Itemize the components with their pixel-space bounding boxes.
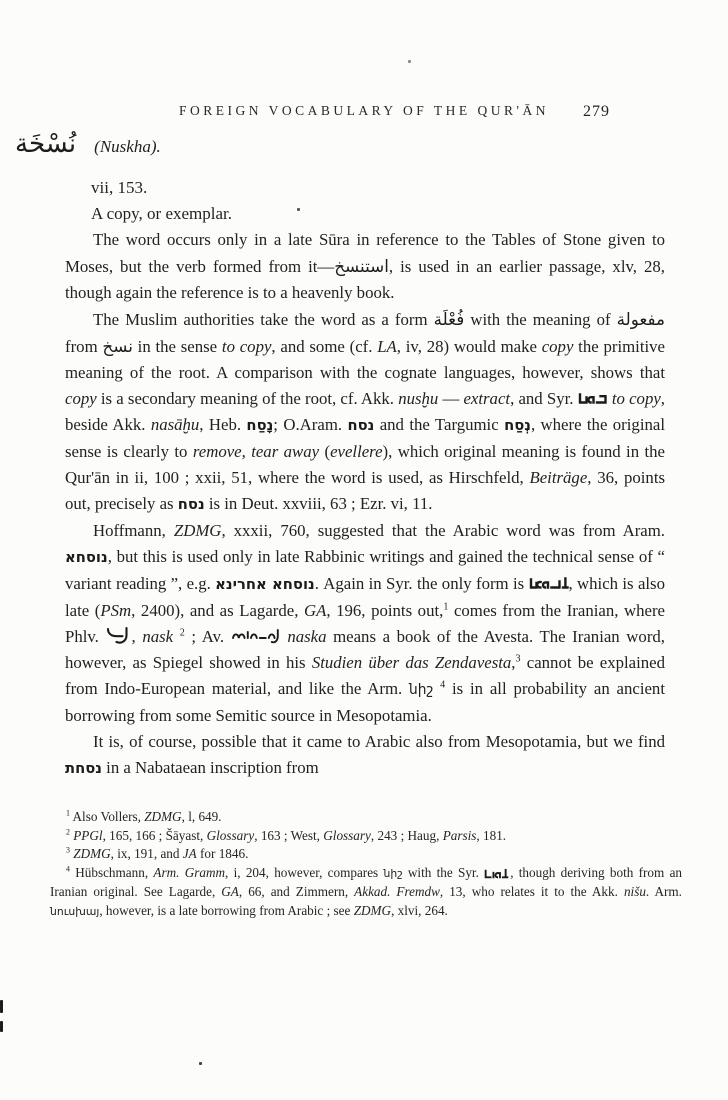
text-segment: . Arm.	[646, 884, 682, 899]
text-segment: նիշ	[409, 682, 433, 698]
text-segment: is a secondary meaning of the root, cf. …	[97, 389, 399, 408]
text-segment	[173, 627, 180, 646]
verse-reference: vii, 153.	[65, 175, 665, 201]
footnote-2: 2 PPGl, 165, 166 ; Šāyast, Glossary, 163…	[50, 827, 682, 846]
headword: نُسْخَة (Nuskha).	[15, 121, 665, 171]
text-segment: Beiträge	[529, 468, 587, 487]
text-segment: նիշ	[383, 867, 402, 880]
book-page: FOREIGN VOCABULARY OF THE QUR'ĀN 279 نُس…	[0, 0, 728, 1100]
text-segment: and the Targumic	[374, 415, 504, 434]
text-segment: Also Vollers,	[70, 809, 144, 824]
text-segment: . Again in Syr. the only form is	[315, 574, 529, 593]
text-segment: ; O.Aram.	[273, 415, 347, 434]
text-segment: Hoffmann,	[93, 521, 174, 540]
text-segment: It is, of course, possible that it came …	[93, 732, 665, 751]
scan-artifact	[297, 208, 300, 211]
text-segment: Parsis	[443, 828, 477, 843]
text-segment: נָסַח	[246, 417, 273, 434]
paragraph-3: Hoffmann, ZDMG, xxxii, 760, suggested th…	[65, 518, 665, 729]
text-segment: LA	[377, 337, 397, 356]
text-segment: , 243 ; Haug,	[371, 828, 443, 843]
text-segment: nišu	[624, 884, 646, 899]
scan-artifact	[0, 1000, 3, 1013]
text-segment: Akkad. Fremdw	[354, 884, 440, 899]
text-segment: in the sense	[133, 337, 222, 356]
text-segment: Glossary	[207, 828, 255, 843]
text-segment: , iv, 28) would make	[397, 337, 542, 356]
text-segment: ZDMG	[354, 903, 391, 918]
text-segment: , l, 649.	[182, 809, 222, 824]
footnote-3: 3 ZDMG, ix, 191, and JA for 1846.	[50, 845, 682, 864]
headword-arabic: نُسْخَة	[15, 129, 76, 159]
text-segment: naska	[287, 627, 326, 646]
text-segment: PSm	[100, 601, 131, 620]
text-segment: Arm. Gramm	[153, 865, 225, 880]
text-segment: Studien über das Zendavesta	[312, 653, 511, 672]
text-segment: , ix, 191, and	[111, 846, 183, 861]
text-segment: JA	[183, 846, 197, 861]
scan-artifact	[199, 1062, 202, 1065]
text-segment: is in Deut. xxviii, 63 ; Ezr. vi, 11.	[205, 494, 433, 513]
text-segment: copy	[65, 389, 97, 408]
text-segment: ZDMG	[174, 521, 222, 540]
text-segment: remove, tear away	[193, 442, 319, 461]
text-segment: (	[319, 442, 330, 461]
entry-content: نُسْخَة (Nuskha). vii, 153. A copy, or e…	[65, 121, 665, 921]
syriac-nuskha-icon	[529, 574, 569, 593]
paragraph-1: The word occurs only in a late Sūra in r…	[65, 227, 665, 306]
text-segment: נסח	[347, 417, 374, 434]
footnote-1: 1 Also Vollers, ZDMG, l, 649.	[50, 808, 682, 827]
text-segment: ZDMG	[144, 809, 181, 824]
text-segment: נוסחא אחרינא	[215, 576, 315, 593]
text-segment: in a Nabataean inscription from	[102, 758, 319, 777]
text-segment: استنسخ	[334, 256, 389, 276]
text-segment: for 1846.	[197, 846, 249, 861]
text-segment: , and Syr.	[510, 389, 578, 408]
pahlavi-nask-icon	[106, 627, 132, 646]
text-segment: , 2400), and as Lagarde,	[131, 601, 304, 620]
text-segment: extract	[463, 389, 510, 408]
paragraph-2: The Muslim authorities take the word as …	[65, 306, 665, 518]
scan-artifact	[0, 1021, 3, 1032]
footnotes: 1 Also Vollers, ZDMG, l, 649. 2 PPGl, 16…	[50, 808, 682, 921]
page-number: 279	[583, 103, 610, 121]
text-segment: נסחת	[65, 760, 102, 777]
text-segment: , 13, who relates it to the Akk.	[440, 884, 624, 899]
text-segment: , xlvi, 264.	[391, 903, 448, 918]
text-segment: Hübschmann,	[70, 865, 153, 880]
text-segment: ,	[132, 627, 143, 646]
paragraph-4: It is, of course, possible that it came …	[65, 729, 665, 782]
running-title: FOREIGN VOCABULARY OF THE QUR'ĀN	[0, 103, 728, 119]
text-segment: PPGl	[73, 828, 102, 843]
text-segment: with the Syr.	[403, 865, 485, 880]
headword-transliteration: (Nuskha).	[94, 137, 161, 156]
text-segment: , 196, points out,	[326, 601, 443, 620]
text-segment: ; Av.	[185, 627, 231, 646]
text-segment: —	[438, 389, 463, 408]
text-segment: GA	[221, 884, 239, 899]
text-segment: nusḫu	[398, 389, 438, 408]
text-segment: GA	[304, 601, 326, 620]
text-segment: ZDMG	[73, 846, 110, 861]
text-segment: נוסחא	[65, 549, 108, 566]
text-segment: , however, is a late borrowing from Arab…	[99, 903, 353, 918]
text-segment: with the meaning of	[464, 310, 616, 329]
text-segment: , i, 204, however, compares	[225, 865, 383, 880]
scan-artifact	[408, 60, 411, 63]
footnote-4: 4 Hübschmann, Arm. Gramm, i, 204, howeve…	[50, 864, 682, 922]
text-segment: evellere	[330, 442, 382, 461]
syriac-nisha-icon	[484, 865, 510, 880]
text-segment: nask	[142, 627, 173, 646]
text-segment: to copy	[222, 337, 272, 356]
text-segment: , and some (cf.	[271, 337, 377, 356]
text-segment: , 165, 166 ; Šāyast,	[103, 828, 207, 843]
text-segment: , Heb.	[199, 415, 246, 434]
text-segment: , 181.	[476, 828, 506, 843]
text-segment: from	[65, 337, 102, 356]
text-segment: , 163 ; West,	[254, 828, 323, 843]
text-segment: נסח	[178, 496, 205, 513]
definition: A copy, or exemplar.	[65, 201, 665, 227]
text-segment: The Muslim authorities take the word as …	[93, 310, 434, 329]
text-segment: فُعْلَة	[434, 309, 465, 329]
text-segment: נְסַח	[504, 417, 531, 434]
text-segment: Glossary	[323, 828, 371, 843]
text-segment: , xxxii, 760, suggested that the Arabic …	[221, 521, 665, 540]
text-segment: նուսխայ	[50, 905, 99, 918]
avestan-naska-icon	[231, 627, 281, 646]
text-segment: نسخ	[102, 336, 132, 356]
syriac-nsk-icon	[578, 389, 608, 408]
text-segment: nasāḫu	[151, 415, 199, 434]
page-header: FOREIGN VOCABULARY OF THE QUR'ĀN 279	[0, 103, 728, 123]
text-segment: copy	[542, 337, 574, 356]
text-segment: مفعولة	[617, 309, 665, 329]
text-segment: to copy	[612, 389, 661, 408]
text-segment: , 66, and Zimmern,	[239, 884, 354, 899]
